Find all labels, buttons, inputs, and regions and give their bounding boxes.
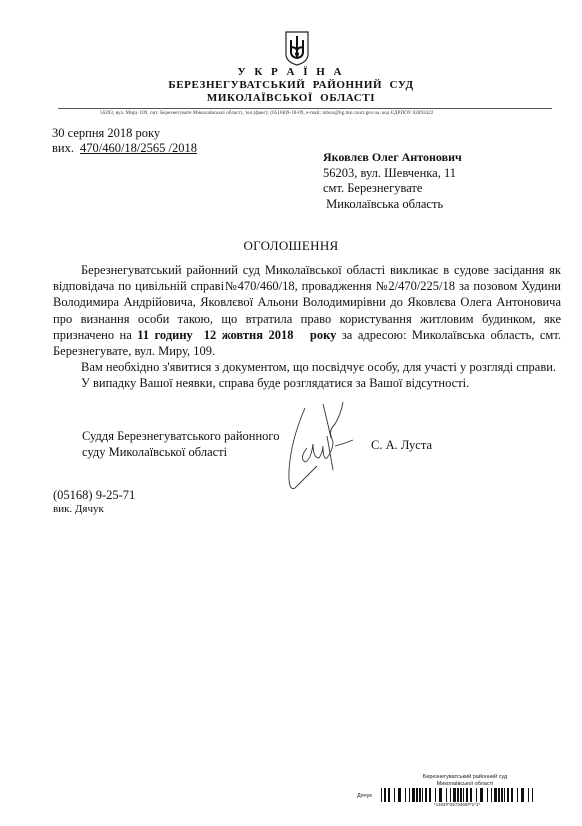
stamp-court-line-1: Березнегуватський районний суд [400, 774, 530, 781]
hearing-hour: 11 годину [137, 328, 193, 342]
header-country: У К Р А Ї Н А [0, 66, 582, 78]
addressee-street: 56203, вул. Шевченка, 11 [323, 166, 462, 182]
trident-coat-of-arms-icon [284, 30, 310, 66]
judge-title-line-2: суду Миколаївської області [82, 445, 279, 461]
outgoing-number-value: 470/460/18/2565 /2018 [80, 141, 197, 155]
judge-title-line-1: Суддя Березнегуватського районного [82, 429, 279, 445]
notice-body: Березнегуватський районний суд Миколаївс… [53, 262, 561, 392]
notice-paragraph-2: Вам необхідно з'явитися з документом, що… [53, 359, 561, 375]
judge-title: Суддя Березнегуватського районного суду … [82, 429, 279, 460]
executor-name: вик. Дячук [53, 503, 104, 515]
stamp-executor: Дячук [357, 793, 372, 799]
judge-name: С. А. Луста [371, 438, 432, 453]
header-court-name: БЕРЕЗНЕГУВАТСЬКИЙ РАЙОННИЙ СУД [0, 79, 582, 91]
addressee-block: Яковлєв Олег Антонович 56203, вул. Шевче… [323, 150, 462, 212]
handwritten-signature-icon [283, 400, 363, 500]
outgoing-number: вих.470/460/18/2565 /2018 [52, 141, 197, 156]
hearing-date: 12 жовтня 2018 [204, 328, 294, 342]
outgoing-label: вих. [52, 141, 74, 155]
notice-paragraph-3: У випадку Вашої неявки, справа буде розг… [53, 375, 561, 391]
stamp-court-name: Березнегуватський районний суд Миколаївс… [400, 774, 530, 788]
addressee-region: Миколаївська область [323, 197, 462, 213]
header-contact-line: 56203, вул. Миру 109, смт. Березнегувате… [100, 111, 433, 116]
notice-paragraph-1: Березнегуватський районний суд Миколаївс… [53, 262, 561, 359]
addressee-town: смт. Березнегувате [323, 181, 462, 197]
addressee-name: Яковлєв Олег Антонович [323, 150, 462, 166]
header-region: МИКОЛАЇВСЬКОЇ ОБЛАСТІ [0, 92, 582, 104]
hearing-year-word: року [310, 328, 336, 342]
barcode-icon [381, 788, 533, 802]
stamp-court-line-2: Миколаївської області [400, 781, 530, 788]
document-date: 30 серпня 2018 року [52, 126, 160, 141]
notice-title: ОГОЛОШЕННЯ [0, 238, 582, 254]
contact-phone: (05168) 9-25-71 [53, 488, 135, 503]
header-divider [58, 108, 552, 109]
barcode-text: *1404#*2573460#*1*1* [381, 802, 533, 807]
